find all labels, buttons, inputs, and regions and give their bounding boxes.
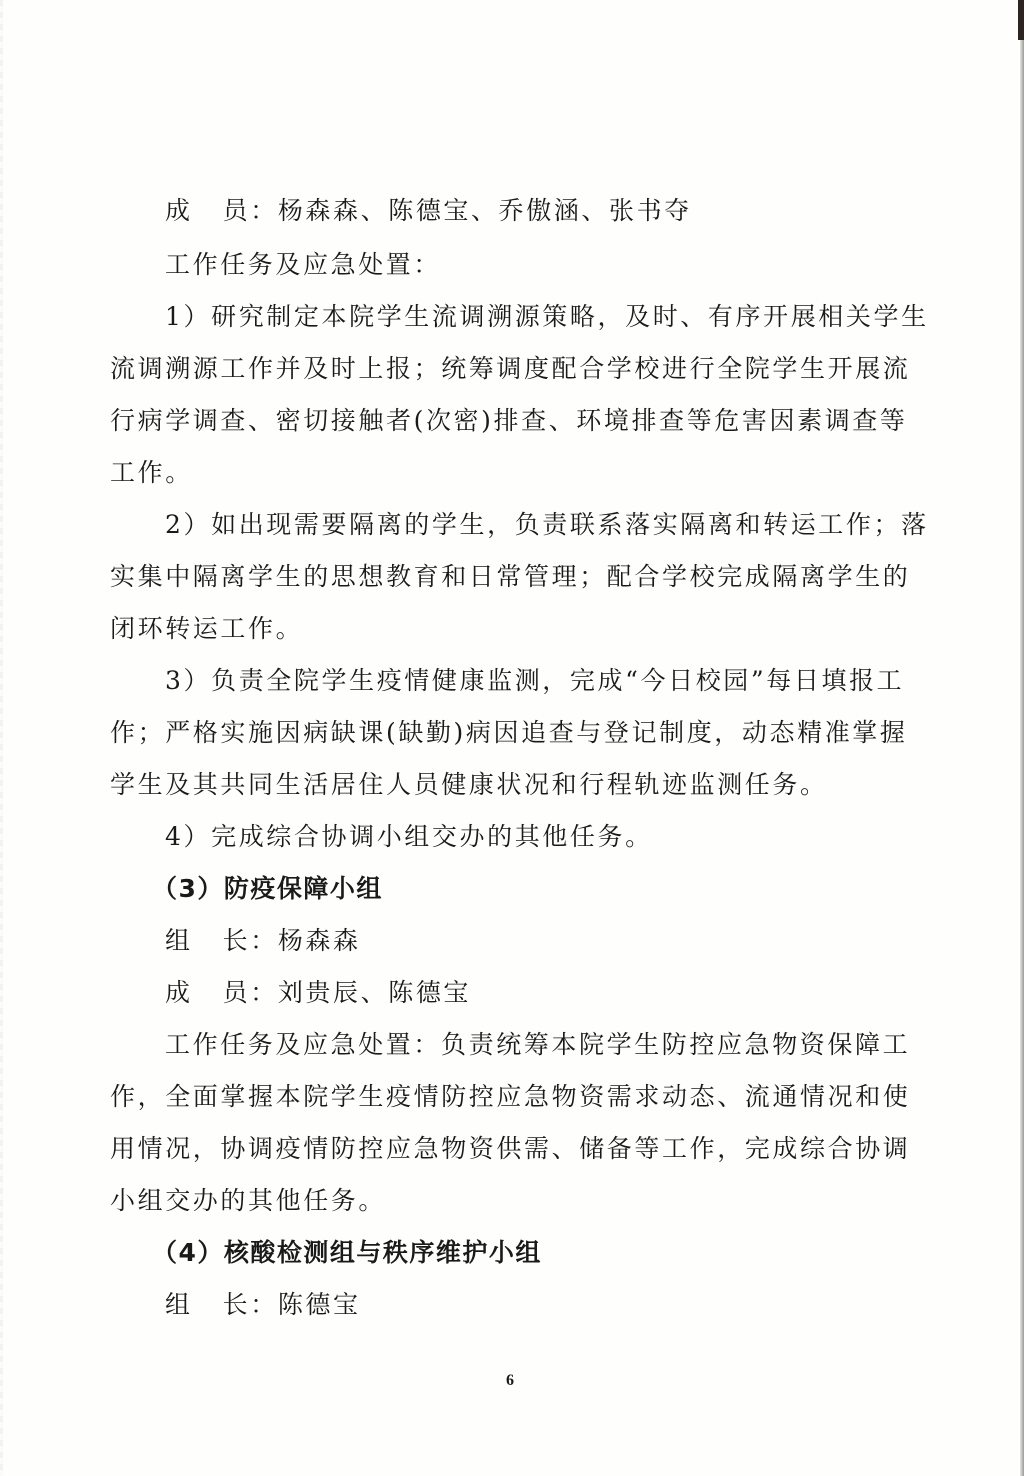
leader-label-colon: 长： (223, 1290, 278, 1319)
item3-line-1: 3）负责全院学生疫情健康监测，完成“今日校园”每日填报工 (165, 666, 904, 696)
members-line: 成员：杨森森、陈德宝、乔傲涵、张书夺 (165, 196, 692, 226)
scan-left-edge (0, 0, 3, 1476)
section3-tasks-line-4: 小组交办的其他任务。 (110, 1186, 386, 1216)
section3-members-line: 成员：刘贵辰、陈德宝 (165, 978, 471, 1008)
members-label: 成 (165, 196, 193, 225)
leader-label: 组 (165, 1290, 193, 1319)
item1-line-3: 行病学调查、密切接触者(次密)排查、环境排查等危害因素调查等 (110, 406, 908, 436)
scan-corner-shadow (1018, 0, 1024, 40)
item1-line-1: 1）研究制定本院学生流调溯源策略，及时、有序开展相关学生 (165, 302, 929, 332)
section3-tasks-line-2: 作，全面掌握本院学生疫情防控应急物资需求动态、流通情况和使 (110, 1082, 910, 1112)
leader-value: 杨森森 (278, 926, 361, 955)
item2-line-2: 实集中隔离学生的思想教育和日常管理；配合学校完成隔离学生的 (110, 562, 910, 592)
item2-line-1: 2）如出现需要隔离的学生，负责联系落实隔离和转运工作；落 (165, 510, 929, 540)
members-value: 杨森森、陈德宝、乔傲涵、张书夺 (278, 196, 692, 225)
section3-leader-line: 组长：杨森森 (165, 926, 361, 956)
section3-heading: （3）防疫保障小组 (152, 874, 383, 904)
section4-leader-line: 组长：陈德宝 (165, 1290, 361, 1320)
item1-line-2: 流调溯源工作并及时上报；统筹调度配合学校进行全院学生开展流 (110, 354, 910, 384)
section3-tasks-line-1: 工作任务及应急处置：负责统筹本院学生防控应急物资保障工 (165, 1030, 910, 1060)
item3-line-2: 作；严格实施因病缺课(缺勤)病因追查与登记制度，动态精准掌握 (110, 718, 908, 748)
document-page: 成员：杨森森、陈德宝、乔傲涵、张书夺 工作任务及应急处置： 1）研究制定本院学生… (0, 0, 1024, 1476)
members-label: 成 (165, 978, 193, 1007)
members-value: 刘贵辰、陈德宝 (278, 978, 471, 1007)
item2-line-3: 闭环转运工作。 (110, 614, 303, 644)
item3-line-3: 学生及其共同生活居住人员健康状况和行程轨迹监测任务。 (110, 770, 828, 800)
tasks-title: 工作任务及应急处置： (165, 250, 441, 280)
item1-line-4: 工作。 (110, 458, 193, 488)
item4-line: 4）完成综合协调小组交办的其他任务。 (165, 822, 653, 852)
leader-label: 组 (165, 926, 193, 955)
leader-value: 陈德宝 (278, 1290, 361, 1319)
page-number: 6 (506, 1372, 514, 1390)
leader-label-colon: 长： (223, 926, 278, 955)
members-label-colon: 员： (223, 978, 278, 1007)
scan-right-edge (1020, 0, 1024, 1476)
members-label-colon: 员： (223, 196, 278, 225)
section4-heading: （4）核酸检测组与秩序维护小组 (152, 1238, 542, 1268)
section3-tasks-line-3: 用情况，协调疫情防控应急物资供需、储备等工作，完成综合协调 (110, 1134, 910, 1164)
